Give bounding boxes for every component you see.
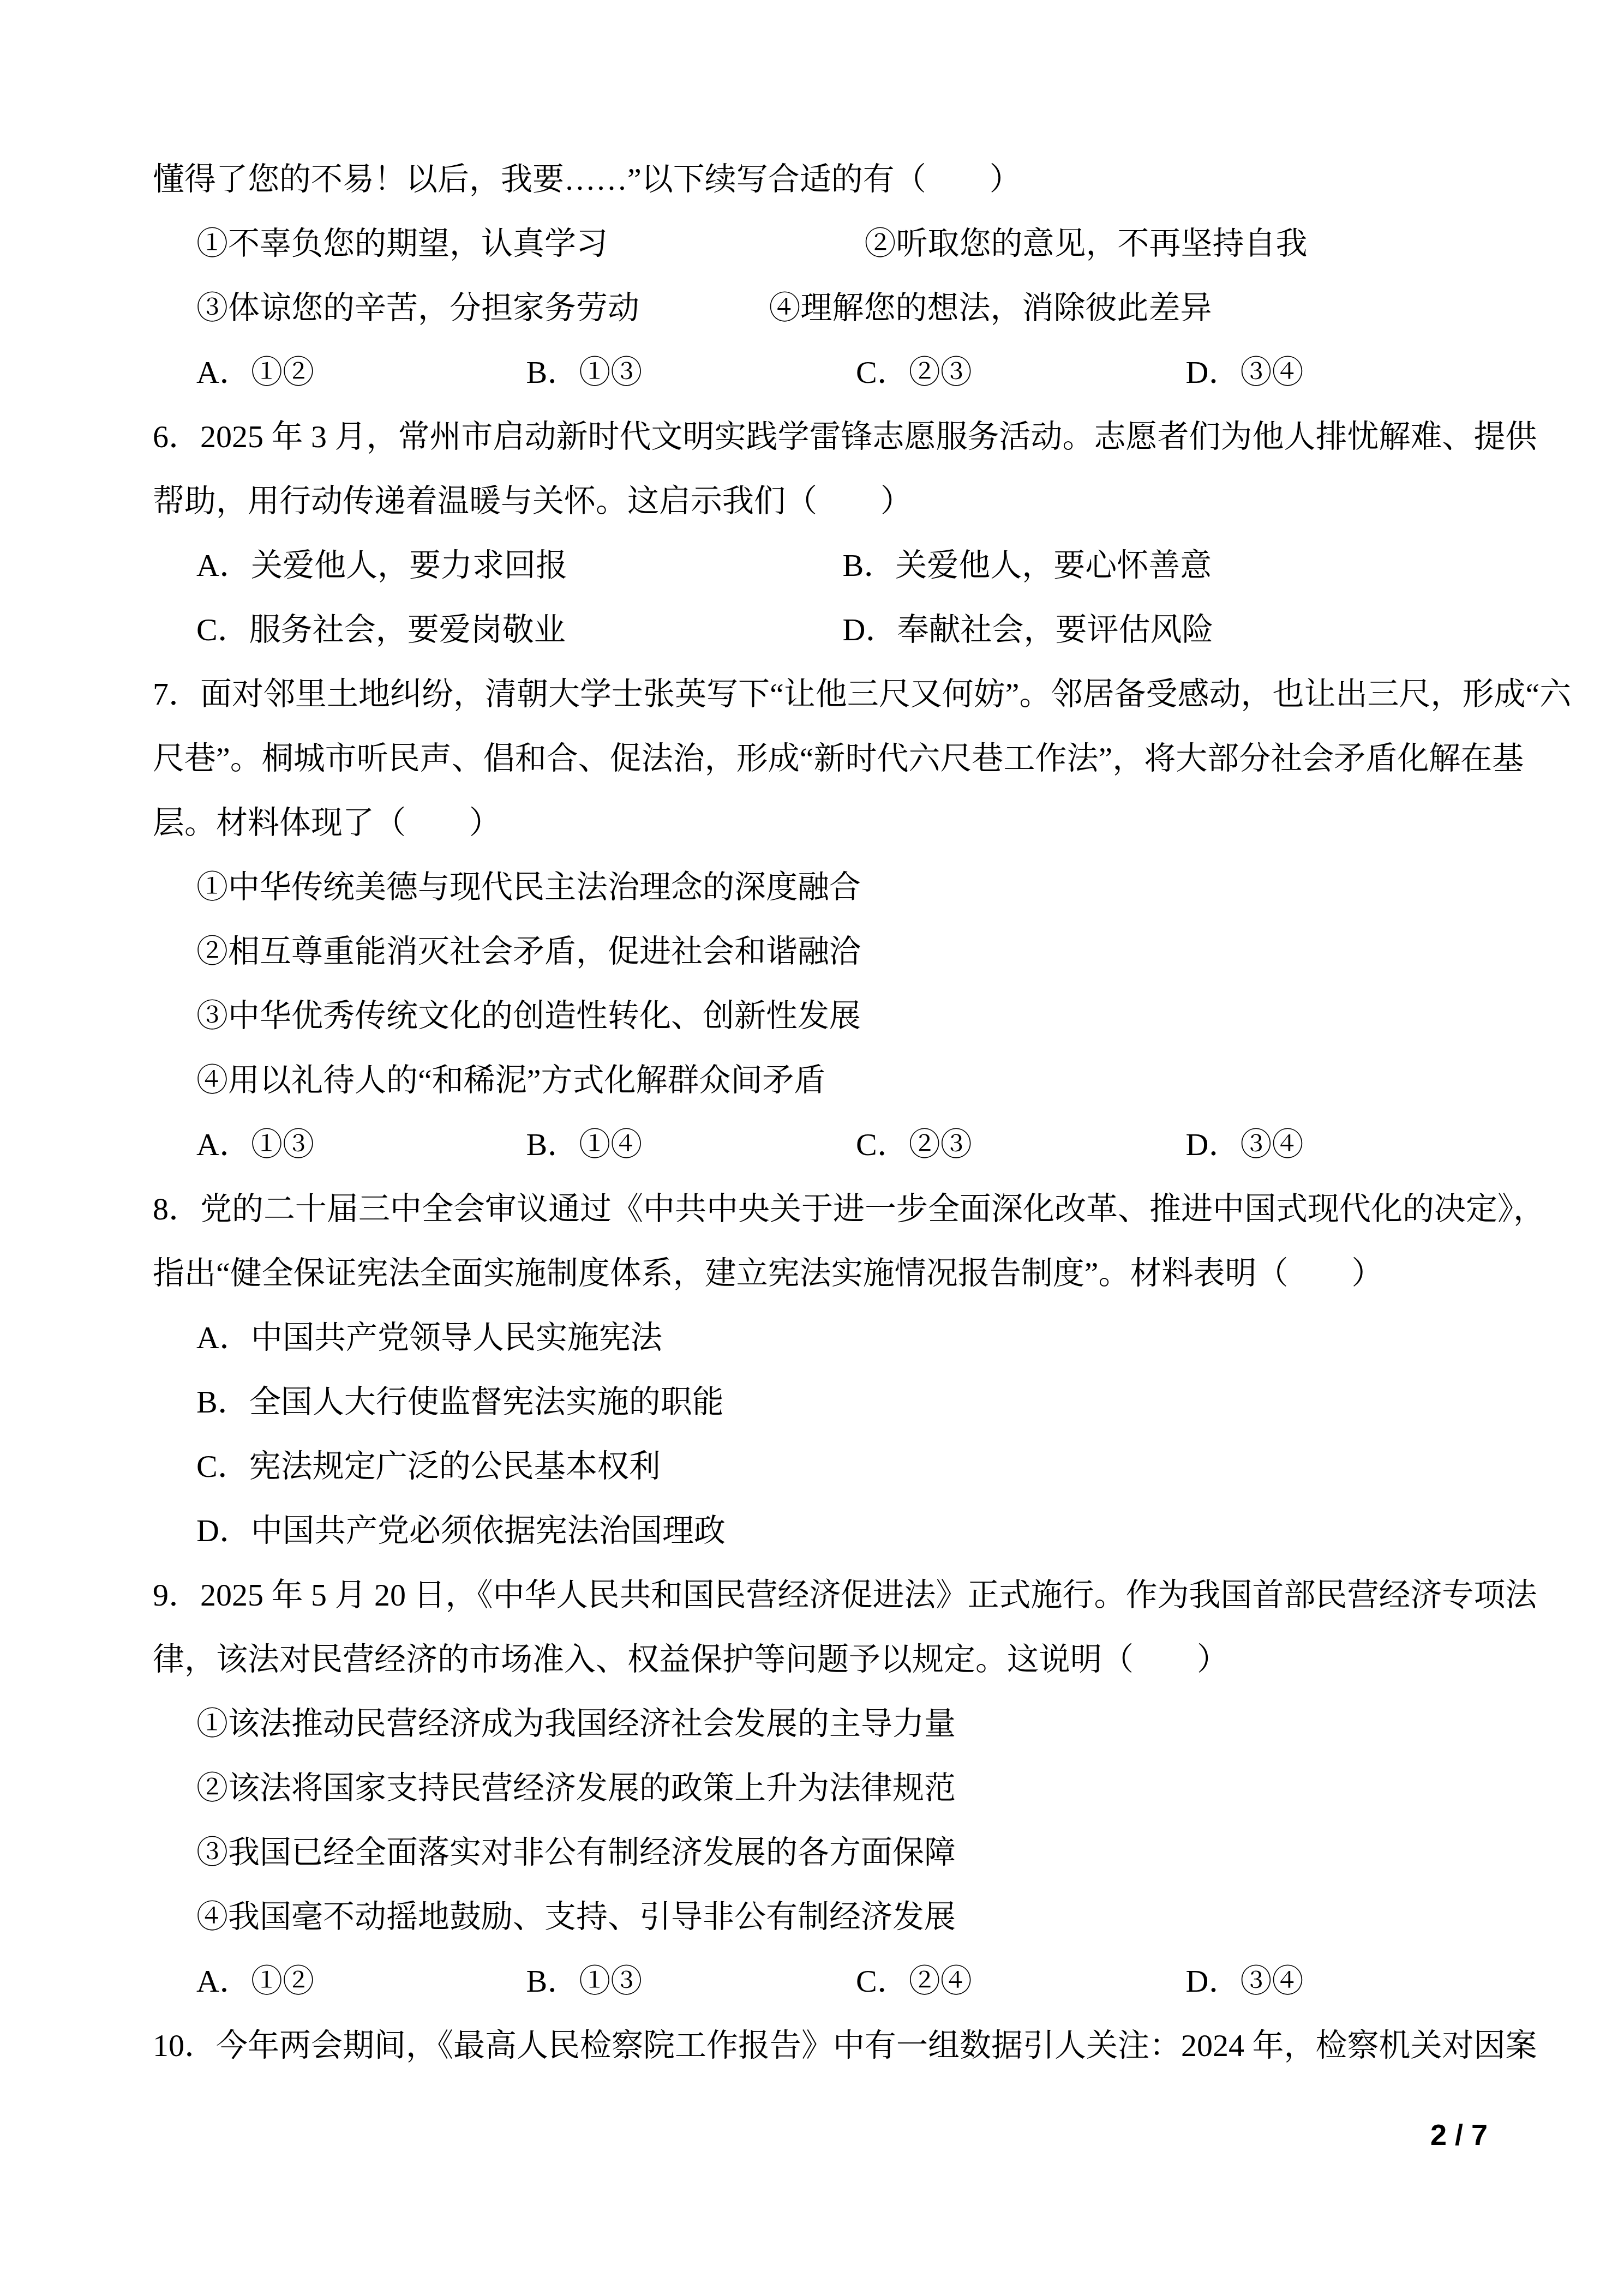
q5-choice-a: A．①② (196, 340, 518, 405)
question-8: 8．党的二十届三中全会审议通过《中共中央关于进一步全面深化改革、推进中国式现代化… (153, 1177, 1490, 1563)
question-7: 7．面对邻里土地纠纷，清朝大学士张英写下“让他三尺又何妨”。邻居备受感动，也让出… (153, 662, 1490, 1177)
exam-page: 懂得了您的不易！以后，我要……”以下续写合适的有（ ） ①不辜负您的期望，认真学… (0, 0, 1624, 2296)
q9-choice-a: A．①② (196, 1949, 518, 2013)
q8-choice-c: C．宪法规定广泛的公民基本权利 (153, 1434, 1490, 1499)
q9-option-4: ④我国毫不动摇地鼓励、支持、引导非公有制经济发展 (153, 1885, 1490, 1949)
q5-choice-c: C．②③ (856, 340, 1178, 405)
q5-options-row-2: ③体谅您的辛苦，分担家务劳动 ④理解您的想法，消除彼此差异 (153, 276, 1490, 340)
q7-choice-b: B．①④ (526, 1113, 848, 1177)
q9-option-1: ①该法推动民营经济成为我国经济社会发展的主导力量 (153, 1692, 1490, 1756)
q6-stem-line-1: 6．2025 年 3 月，常州市启动新时代文明实践学雷锋志愿服务活动。志愿者们为… (153, 405, 1490, 469)
q9-option-3: ③我国已经全面落实对非公有制经济发展的各方面保障 (153, 1820, 1490, 1885)
q7-choices-row: A．①③ B．①④ C．②③ D．③④ (153, 1113, 1490, 1177)
q8-choice-b: B．全国人大行使监督宪法实施的职能 (153, 1370, 1490, 1434)
q5-choice-b: B．①③ (526, 340, 848, 405)
q9-stem-line-2: 律，该法对民营经济的市场准入、权益保护等问题予以规定。这说明（ ） (153, 1627, 1490, 1692)
q6-choice-c: C．服务社会，要爱岗敬业 (196, 598, 835, 662)
q6-choices-row-1: A．关爱他人，要力求回报 B．关爱他人，要心怀善意 (153, 533, 1490, 598)
q7-choice-d: D．③④ (1186, 1113, 1304, 1177)
q6-choice-a: A．关爱他人，要力求回报 (196, 533, 835, 598)
q8-choice-a: A．中国共产党领导人民实施宪法 (153, 1306, 1490, 1370)
q8-choice-d: D．中国共产党必须依据宪法治国理政 (153, 1499, 1490, 1563)
q7-choice-a: A．①③ (196, 1113, 518, 1177)
question-6: 6．2025 年 3 月，常州市启动新时代文明实践学雷锋志愿服务活动。志愿者们为… (153, 405, 1490, 662)
q5-option-4: ④理解您的想法，消除彼此差异 (769, 276, 1212, 340)
q7-option-1: ①中华传统美德与现代民主法治理念的深度融合 (153, 855, 1490, 919)
q6-stem-line-2: 帮助，用行动传递着温暖与关怀。这启示我们（ ） (153, 469, 1490, 533)
q7-option-4: ④用以礼待人的“和稀泥”方式化解群众间矛盾 (153, 1048, 1490, 1113)
q5-options-row-1: ①不辜负您的期望，认真学习 ②听取您的意见，不再坚持自我 (153, 212, 1490, 276)
question-9: 9．2025 年 5 月 20 日，《中华人民共和国民营经济促进法》正式施行。作… (153, 1563, 1490, 2013)
q5-stem-line: 懂得了您的不易！以后，我要……”以下续写合适的有（ ） (153, 147, 1490, 212)
q8-stem-line-2: 指出“健全保证宪法全面实施制度体系，建立宪法实施情况报告制度”。材料表明（ ） (153, 1241, 1490, 1306)
q6-choice-d: D．奉献社会，要评估风险 (843, 598, 1214, 662)
q9-option-2: ②该法将国家支持民营经济发展的政策上升为法律规范 (153, 1756, 1490, 1820)
q10-stem-line-1: 10．今年两会期间，《最高人民检察院工作报告》中有一组数据引人关注：2024 年… (153, 2013, 1490, 2078)
q7-option-2: ②相互尊重能消灭社会矛盾，促进社会和谐融洽 (153, 919, 1490, 984)
question-5: 懂得了您的不易！以后，我要……”以下续写合适的有（ ） ①不辜负您的期望，认真学… (153, 147, 1490, 405)
exam-body: 懂得了您的不易！以后，我要……”以下续写合适的有（ ） ①不辜负您的期望，认真学… (0, 0, 1624, 2078)
question-10: 10．今年两会期间，《最高人民检察院工作报告》中有一组数据引人关注：2024 年… (153, 2013, 1490, 2078)
q8-stem-line-1: 8．党的二十届三中全会审议通过《中共中央关于进一步全面深化改革、推进中国式现代化… (153, 1177, 1490, 1241)
page-number: 2 / 7 (1430, 2119, 1488, 2151)
q7-stem-line-2: 尺巷”。桐城市听民声、倡和合、促法治，形成“新时代六尺巷工作法”，将大部分社会矛… (153, 726, 1490, 791)
q7-option-3: ③中华优秀传统文化的创造性转化、创新性发展 (153, 984, 1490, 1048)
q7-stem-line-3: 层。材料体现了（ ） (153, 791, 1490, 855)
q5-option-3: ③体谅您的辛苦，分担家务劳动 (196, 276, 761, 340)
q9-choices-row: A．①② B．①③ C．②④ D．③④ (153, 1949, 1490, 2013)
q9-choice-b: B．①③ (526, 1949, 848, 2013)
q7-choice-c: C．②③ (856, 1113, 1178, 1177)
q7-stem-line-1: 7．面对邻里土地纠纷，清朝大学士张英写下“让他三尺又何妨”。邻居备受感动，也让出… (153, 662, 1490, 726)
q6-choices-row-2: C．服务社会，要爱岗敬业 D．奉献社会，要评估风险 (153, 598, 1490, 662)
q9-choice-d: D．③④ (1186, 1949, 1304, 2013)
q5-choices-row: A．①② B．①③ C．②③ D．③④ (153, 340, 1490, 405)
q9-choice-c: C．②④ (856, 1949, 1178, 2013)
q9-stem-line-1: 9．2025 年 5 月 20 日，《中华人民共和国民营经济促进法》正式施行。作… (153, 1563, 1490, 1627)
q5-option-2: ②听取您的意见，不再坚持自我 (865, 212, 1308, 276)
q5-option-1: ①不辜负您的期望，认真学习 (196, 212, 856, 276)
q5-choice-d: D．③④ (1186, 340, 1304, 405)
q6-choice-b: B．关爱他人，要心怀善意 (843, 533, 1212, 598)
